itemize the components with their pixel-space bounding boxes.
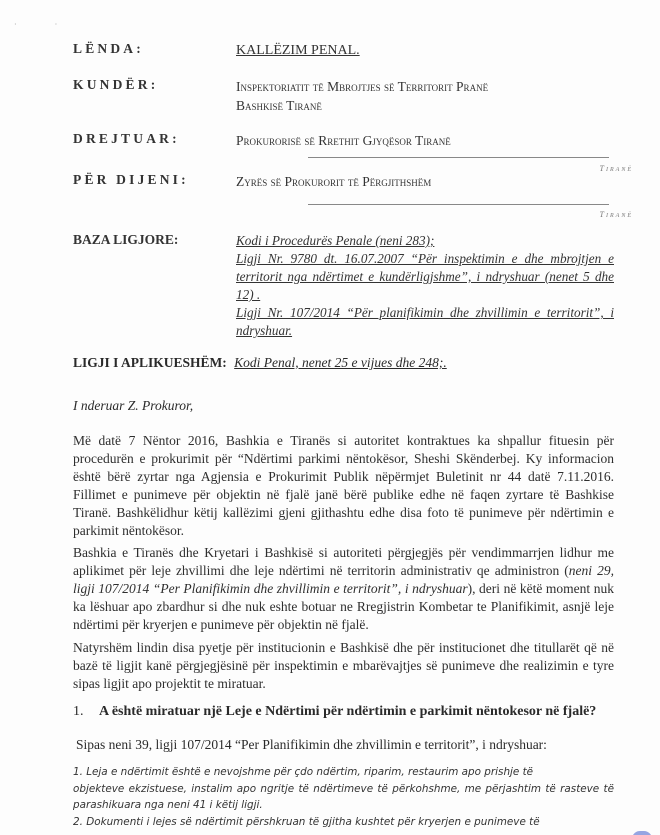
salutation: I nderuar Z. Prokuror, xyxy=(73,398,193,414)
paragraph-2-text: Bashkia e Tiranës dhe Kryetari i Bashkis… xyxy=(73,545,614,578)
applicable-law-row: LIGJI I APLIKUESHËM: Kodi Penal, nenet 2… xyxy=(73,355,447,371)
legal-basis-item: Kodi i Procedurës Penale (neni 283); xyxy=(236,232,614,250)
legal-basis-item: Ligji Nr. 107/2014 “Për planifikimin dhe… xyxy=(236,304,614,340)
against-value: Inspektoriatit të Mbrojtjes së Territori… xyxy=(236,77,488,115)
question-1: 1. A është miratuar një Leje e Ndërtimi … xyxy=(73,704,596,720)
paragraph-2: Bashkia e Tiranës dhe Kryetari i Bashkis… xyxy=(73,544,614,634)
subject-value: KALLËZIM PENAL. xyxy=(236,41,360,60)
quoted-law-line: objekteve ekzistuese, instalim apo ngrit… xyxy=(73,781,614,814)
legal-basis-item: Ligji Nr. 9780 dt. 16.07.2007 “Për inspe… xyxy=(236,250,614,304)
info-label: PËR DIJENI: xyxy=(73,172,189,188)
question-text: A është miratuar një Leje e Ndërtimi për… xyxy=(99,704,596,719)
ink-mark xyxy=(632,831,652,835)
citation-intro: Sipas neni 39, ligji 107/2014 “Per Plani… xyxy=(76,737,547,753)
city-label: Tiranë xyxy=(600,164,633,173)
question-number: 1. xyxy=(73,704,84,719)
applicable-law-value: Kodi Penal, nenet 25 e vijues dhe 248;. xyxy=(234,355,447,370)
quoted-law-line: 1. Leja e ndërtimit është e nevojshme pë… xyxy=(73,764,614,781)
legal-basis-label: BAZA LIGJORE: xyxy=(73,232,178,248)
paragraph-3: Natyrshëm lindin disa pyetje për institu… xyxy=(73,639,614,693)
against-value-line1: Inspektoriatit të Mbrojtjes së Territori… xyxy=(236,77,488,96)
scan-specks: · · xyxy=(14,20,75,29)
addressed-label: DREJTUAR: xyxy=(73,131,180,147)
quoted-law: 1. Leja e ndërtimit është e nevojshme pë… xyxy=(73,764,614,830)
paragraph-1: Më datë 7 Nëntor 2016, Bashkia e Tiranës… xyxy=(73,432,614,540)
against-value-line2: Bashkisë Tiranë xyxy=(236,96,488,115)
signature-line xyxy=(308,204,609,205)
signature-line xyxy=(308,157,609,158)
city-label: Tiranë xyxy=(600,210,633,219)
legal-basis-list: Kodi i Procedurës Penale (neni 283); Lig… xyxy=(236,232,614,340)
quoted-law-line: 2. Dokumenti i lejes së ndërtimit përshk… xyxy=(73,814,614,831)
subject-label: LËNDA: xyxy=(73,41,144,57)
against-label: KUNDËR: xyxy=(73,77,158,93)
addressed-value: Prokurorisë së Rrethit Gjyqësor Tiranë xyxy=(236,131,451,150)
info-value: Zyrës së Prokurorit të Përgjithshëm xyxy=(236,172,431,191)
applicable-law-label: LIGJI I APLIKUESHËM: xyxy=(73,355,227,370)
